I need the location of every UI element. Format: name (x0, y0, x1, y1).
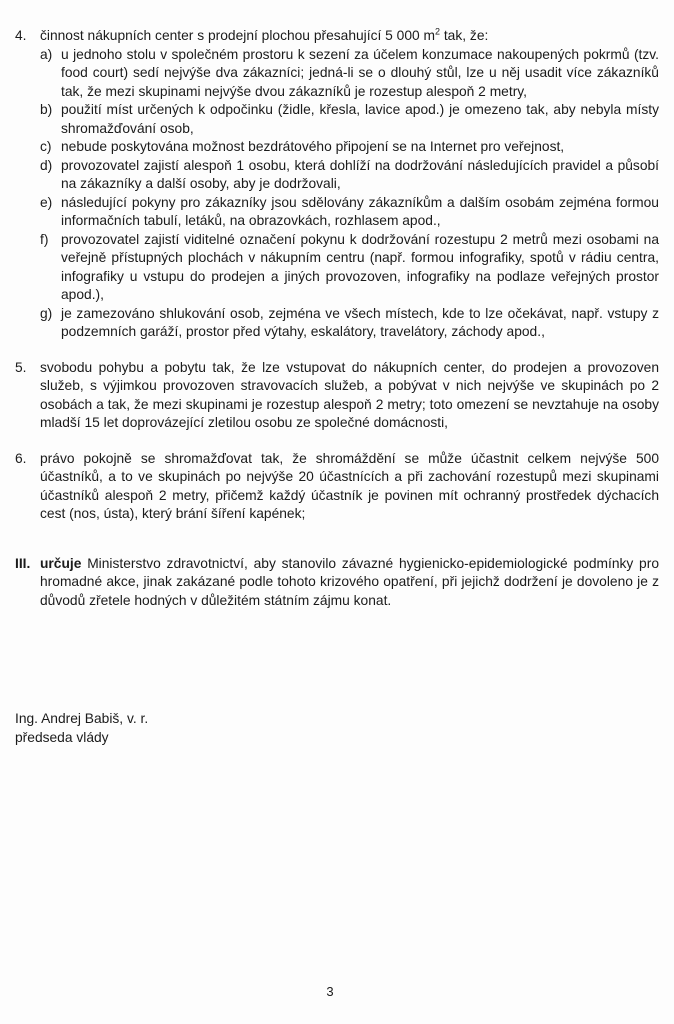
sub-item-d-text: provozovatel zajistí alespoň 1 osobu, kt… (61, 157, 659, 194)
item-6-text: právo pokojně se shromažďovat tak, že sh… (40, 450, 659, 524)
section-iii-label: III. (15, 555, 40, 611)
signature-block: Ing. Andrej Babiš, v. r. předseda vlády (15, 710, 659, 747)
item-4-intro: činnost nákupních center s prodejní ploc… (40, 27, 659, 46)
page-number: 3 (0, 983, 660, 1002)
sub-item-c-label: c) (40, 138, 61, 157)
sub-item-b-text: použití míst určených k odpočinku (židle… (61, 101, 659, 138)
item-4-number: 4. (15, 27, 40, 342)
sub-item-d: d) provozovatel zajistí alespoň 1 osobu,… (40, 157, 659, 194)
document-page: 4. činnost nákupních center s prodejní p… (0, 0, 674, 1024)
signature-name: Ing. Andrej Babiš, v. r. (15, 710, 659, 729)
sub-item-g-label: g) (40, 305, 61, 342)
item-4-intro-text: činnost nákupních center s prodejní ploc… (40, 28, 435, 43)
item-4-body: činnost nákupních center s prodejní ploc… (40, 27, 659, 342)
item-4-intro-tail: tak, že: (440, 28, 488, 43)
sub-item-f: f) provozovatel zajistí viditelné označe… (40, 231, 659, 305)
list-item-5: 5. svobodu pohybu a pobytu tak, že lze v… (15, 359, 659, 433)
sub-item-e-label: e) (40, 194, 61, 231)
sub-item-g-text: je zamezováno shlukování osob, zejména v… (61, 305, 659, 342)
sub-item-b-label: b) (40, 101, 61, 138)
sub-item-a-label: a) (40, 46, 61, 102)
sub-item-f-label: f) (40, 231, 61, 305)
signature-title: předseda vlády (15, 729, 659, 748)
item-6-number: 6. (15, 450, 40, 524)
sub-item-a: a) u jednoho stolu v společném prostoru … (40, 46, 659, 102)
list-item-6: 6. právo pokojně se shromažďovat tak, že… (15, 450, 659, 524)
sub-item-a-text: u jednoho stolu v společném prostoru k s… (61, 46, 659, 102)
document-content: 4. činnost nákupních center s prodejní p… (0, 0, 674, 747)
sub-item-c: c) nebude poskytována možnost bezdrátové… (40, 138, 659, 157)
sub-item-f-text: provozovatel zajistí viditelné označení … (61, 231, 659, 305)
item-5-number: 5. (15, 359, 40, 433)
section-iii-verb: určuje (40, 556, 81, 571)
list-item-4: 4. činnost nákupních center s prodejní p… (15, 27, 659, 342)
item-5-text: svobodu pohybu a pobytu tak, že lze vstu… (40, 359, 659, 433)
sub-item-c-text: nebude poskytována možnost bezdrátového … (61, 138, 659, 157)
section-iii-body: určuje Ministerstvo zdravotnictví, aby s… (40, 555, 659, 611)
sub-item-b: b) použití míst určených k odpočinku (ži… (40, 101, 659, 138)
sub-item-g: g) je zamezováno shlukování osob, zejmén… (40, 305, 659, 342)
section-iii-text: Ministerstvo zdravotnictví, aby stanovil… (40, 556, 659, 608)
sub-item-d-label: d) (40, 157, 61, 194)
sub-item-e-text: následující pokyny pro zákazníky jsou sd… (61, 194, 659, 231)
section-iii: III. určuje Ministerstvo zdravotnictví, … (15, 555, 659, 611)
sub-item-e: e) následující pokyny pro zákazníky jsou… (40, 194, 659, 231)
